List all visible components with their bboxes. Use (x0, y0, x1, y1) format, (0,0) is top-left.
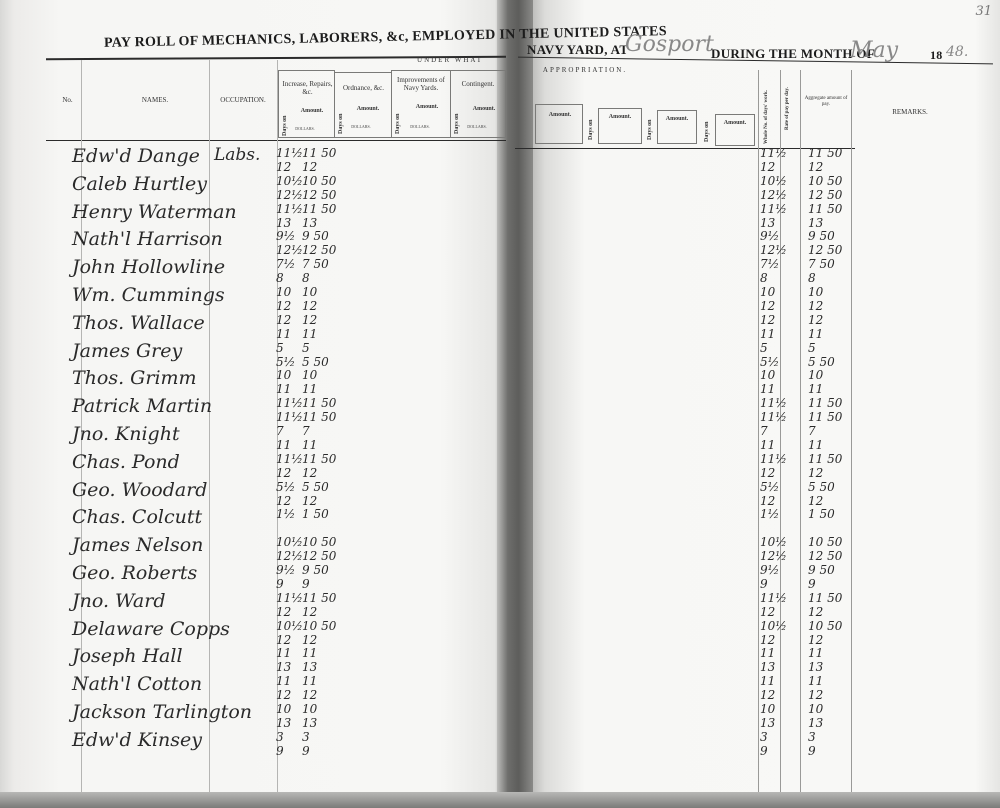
whole-days-entry: 10½ (760, 619, 787, 633)
whole-days-entry: 11 (760, 674, 775, 688)
amount-entry: 13 (302, 216, 317, 230)
amount-entry: 11 (302, 674, 317, 688)
days-entry: 12 (276, 633, 291, 647)
whole-days-entry: 12½ (760, 243, 787, 257)
divider (851, 70, 852, 800)
days-entry: 12 (276, 466, 291, 480)
days-entry: 12 (276, 299, 291, 313)
amount-label: Amount. (538, 112, 582, 119)
amount-label: Amount. (406, 104, 448, 111)
aggregate-entry: 10 50 (808, 535, 842, 549)
days-entry: 12½ (276, 549, 303, 563)
amount-entry: 12 (302, 160, 317, 174)
dollars-label: DOLLARS. (406, 124, 434, 129)
whole-days-entry: 13 (760, 660, 775, 674)
col-names: NAMES. (110, 96, 200, 104)
divider (758, 70, 759, 800)
under-what-label: UNDER WHAT (400, 56, 500, 64)
divider (209, 60, 210, 795)
aggregate-entry: 11 50 (808, 146, 842, 160)
days-entry: 3 (276, 730, 284, 744)
whole-days-entry: 12 (760, 633, 775, 647)
days-entry: 5½ (276, 480, 295, 494)
whole-days-entry: 7½ (760, 257, 779, 271)
amount-entry: 10 50 (302, 535, 336, 549)
days-entry: 9 (276, 744, 284, 758)
aggregate-entry: 5 50 (808, 355, 835, 369)
aggregate-entry: 12 50 (808, 243, 842, 257)
amount-entry: 11 (302, 646, 317, 660)
aggregate-entry: 13 (808, 216, 823, 230)
aggregate-entry: 12 (808, 299, 823, 313)
employee-name: Henry Waterman (72, 201, 237, 223)
aggregate-entry: 11 50 (808, 591, 842, 605)
aggregate-entry: 10 50 (808, 619, 842, 633)
aggregate-entry: 12 (808, 605, 823, 619)
amount-entry: 12 (302, 466, 317, 480)
employee-name: James Nelson (72, 534, 203, 556)
amount-entry: 13 (302, 716, 317, 730)
employee-name: Nath'l Harrison (72, 228, 223, 250)
days-entry: 13 (276, 716, 291, 730)
days-entry: 5½ (276, 355, 295, 369)
amount-entry: 11 50 (302, 410, 336, 424)
employee-name: John Hollowline (72, 256, 225, 278)
aggregate-entry: 12 (808, 313, 823, 327)
amount-label: Amount. (292, 108, 332, 115)
days-on-label: Days on (704, 121, 710, 142)
aggregate-entry: 11 50 (808, 452, 842, 466)
amount-label: Amount. (464, 106, 504, 113)
whole-days-entry: 12½ (760, 549, 787, 563)
days-entry: 1½ (276, 507, 295, 521)
amount-entry: 10 50 (302, 619, 336, 633)
amount-entry: 10 (302, 702, 317, 716)
amount-entry: 9 50 (302, 229, 329, 243)
days-entry: 11½ (276, 591, 303, 605)
rate-label: Rate of pay per day. (785, 87, 790, 130)
aggregate-entry: 12 (808, 466, 823, 480)
whole-days-entry: 11 (760, 382, 775, 396)
amount-entry: 12 (302, 688, 317, 702)
employee-name: Chas. Colcutt (72, 506, 202, 528)
employee-name: Edw'd Kinsey (72, 729, 202, 751)
employee-name: Delaware Copps (72, 618, 230, 640)
days-on-label: Days on (647, 119, 653, 140)
amount-entry: 7 50 (302, 257, 329, 271)
whole-days-entry: 9½ (760, 229, 779, 243)
days-entry: 10 (276, 702, 291, 716)
amount-entry: 5 (302, 341, 310, 355)
days-entry: 9½ (276, 563, 295, 577)
aggregate-entry: 11 (808, 646, 823, 660)
aggregate-entry: 13 (808, 716, 823, 730)
aggregate-entry: 10 50 (808, 174, 842, 188)
employee-name: Geo. Woodard (72, 479, 207, 501)
aggregate-entry: 9 50 (808, 229, 835, 243)
days-entry: 11 (276, 674, 291, 688)
amount-entry: 12 (302, 299, 317, 313)
whole-days-entry: 5½ (760, 480, 779, 494)
whole-days-entry: 10 (760, 285, 775, 299)
amount-entry: 11 50 (302, 452, 336, 466)
days-entry: 11 (276, 327, 291, 341)
amount-entry: 8 (302, 271, 310, 285)
employee-name: Wm. Cummings (72, 284, 225, 306)
whole-days-entry: 11 (760, 327, 775, 341)
whole-days-entry: 11 (760, 646, 775, 660)
whole-days-entry: 10 (760, 368, 775, 382)
days-entry: 11 (276, 438, 291, 452)
whole-days-entry: 10½ (760, 174, 787, 188)
whole-days-entry: 12 (760, 160, 775, 174)
days-entry: 12 (276, 160, 291, 174)
aggregate-entry: 11 50 (808, 410, 842, 424)
whole-days-entry: 13 (760, 216, 775, 230)
header-bottom-rule (46, 140, 506, 141)
days-entry: 10 (276, 368, 291, 382)
whole-days-entry: 11½ (760, 410, 787, 424)
aggregate-entry: 5 50 (808, 480, 835, 494)
aggregate-entry: 9 50 (808, 563, 835, 577)
aggregate-entry: 9 (808, 744, 816, 758)
ledger-scan: PAY ROLL OF MECHANICS, LABORERS, &c, EMP… (0, 0, 1000, 808)
amount-entry: 7 (302, 424, 310, 438)
whole-days-entry: 12 (760, 299, 775, 313)
whole-days-entry: 11 (760, 438, 775, 452)
page-bottom-edge (0, 792, 1000, 808)
employee-name: Caleb Hurtley (72, 173, 207, 195)
aggregate-entry: 12 50 (808, 549, 842, 563)
amount-entry: 12 50 (302, 188, 336, 202)
employee-name: James Grey (72, 340, 182, 362)
col-occupation: OCCUPATION. (212, 96, 274, 104)
amount-entry: 3 (302, 730, 310, 744)
whole-days-entry: 10½ (760, 535, 787, 549)
days-entry: 10½ (276, 174, 303, 188)
amount-entry: 12 (302, 313, 317, 327)
aggregate-entry: 10 (808, 702, 823, 716)
amount-label: Amount. (348, 106, 388, 113)
days-entry: 10½ (276, 619, 303, 633)
whole-days-entry: 9½ (760, 563, 779, 577)
title-navy-yard: NAVY YARD, AT (527, 42, 628, 58)
aggregate-entry: 11 (808, 382, 823, 396)
group-box (535, 104, 583, 144)
amount-label: Amount. (658, 116, 696, 123)
aggregate-entry: 13 (808, 660, 823, 674)
aggregate-entry: 11 (808, 438, 823, 452)
employee-name: Thos. Wallace (72, 312, 205, 334)
aggregate-label: Aggregate amount of pay. (803, 96, 849, 108)
whole-days-entry: 5½ (760, 355, 779, 369)
amount-entry: 11 50 (302, 202, 336, 216)
amount-entry: 11 (302, 438, 317, 452)
days-on-label: Days on (395, 113, 401, 134)
days-entry: 11½ (276, 146, 303, 160)
days-on-label: Days on (338, 113, 344, 134)
amount-entry: 9 (302, 744, 310, 758)
whole-days-entry: 7 (760, 424, 768, 438)
amount-entry: 11 50 (302, 396, 336, 410)
appropriation-label: APPROPRIATION. (540, 66, 630, 74)
days-entry: 10½ (276, 535, 303, 549)
amount-entry: 10 (302, 285, 317, 299)
whole-days-entry: 8 (760, 271, 768, 285)
amount-entry: 5 50 (302, 355, 329, 369)
whole-days-entry: 11½ (760, 396, 787, 410)
whole-days-label: Whole No. of days' work. (764, 90, 769, 144)
aggregate-entry: 5 (808, 341, 816, 355)
aggregate-entry: 8 (808, 271, 816, 285)
days-entry: 11½ (276, 202, 303, 216)
amount-entry: 5 50 (302, 480, 329, 494)
whole-days-entry: 9 (760, 744, 768, 758)
amount-label: Amount. (600, 114, 640, 121)
amount-entry: 12 (302, 633, 317, 647)
aggregate-entry: 12 (808, 688, 823, 702)
days-entry: 10 (276, 285, 291, 299)
employee-name: Chas. Pond (72, 451, 180, 473)
amount-entry: 13 (302, 660, 317, 674)
whole-days-entry: 11½ (760, 591, 787, 605)
dollars-label: DOLLARS. (464, 124, 490, 129)
occupation-entry: Labs. (214, 145, 260, 165)
whole-days-entry: 11½ (760, 452, 787, 466)
days-entry: 12 (276, 605, 291, 619)
whole-days-entry: 11½ (760, 146, 787, 160)
dollars-label: DOLLARS. (292, 126, 318, 131)
yard-name-handwritten: Gosport (625, 32, 714, 57)
days-entry: 12½ (276, 243, 303, 257)
aggregate-entry: 11 (808, 327, 823, 341)
amount-entry: 12 (302, 605, 317, 619)
days-entry: 9 (276, 577, 284, 591)
amount-entry: 1 50 (302, 507, 329, 521)
amount-entry: 9 50 (302, 563, 329, 577)
whole-days-entry: 3 (760, 730, 768, 744)
whole-days-entry: 12 (760, 466, 775, 480)
year-prefix: 18 (930, 48, 943, 63)
employee-name: Nath'l Cotton (72, 673, 202, 695)
days-entry: 12 (276, 494, 291, 508)
year-handwritten: 48. (946, 44, 968, 60)
amount-entry: 11 (302, 327, 317, 341)
aggregate-entry: 11 (808, 674, 823, 688)
employee-name: Jackson Tarlington (72, 701, 252, 723)
days-entry: 11 (276, 646, 291, 660)
whole-days-entry: 12 (760, 688, 775, 702)
amount-entry: 11 (302, 382, 317, 396)
aggregate-entry: 11 50 (808, 202, 842, 216)
divider (800, 70, 801, 800)
days-entry: 11½ (276, 396, 303, 410)
whole-days-entry: 10 (760, 702, 775, 716)
whole-days-entry: 11½ (760, 202, 787, 216)
employee-name: Joseph Hall (72, 645, 183, 667)
amount-entry: 10 50 (302, 174, 336, 188)
whole-days-entry: 9 (760, 577, 768, 591)
aggregate-entry: 3 (808, 730, 816, 744)
aggregate-entry: 7 50 (808, 257, 835, 271)
employee-name: Geo. Roberts (72, 562, 197, 584)
days-on-label: Days on (588, 119, 594, 140)
whole-days-entry: 12½ (760, 188, 787, 202)
amount-entry: 12 50 (302, 243, 336, 257)
amount-label: Amount. (716, 120, 754, 127)
whole-days-entry: 13 (760, 716, 775, 730)
remarks-label: REMARKS. (880, 108, 940, 116)
amount-entry: 11 50 (302, 591, 336, 605)
page-number: 31 (975, 4, 992, 19)
aggregate-entry: 9 (808, 577, 816, 591)
aggregate-entry: 10 (808, 368, 823, 382)
amount-entry: 12 (302, 494, 317, 508)
days-on-label: Days on (454, 113, 460, 134)
amount-entry: 10 (302, 368, 317, 382)
days-entry: 9½ (276, 229, 295, 243)
group-box (715, 114, 755, 146)
col-no: No. (55, 96, 80, 104)
whole-days-entry: 5 (760, 341, 768, 355)
days-on-label: Days on (282, 115, 288, 136)
days-entry: 5 (276, 341, 284, 355)
days-entry: 12½ (276, 188, 303, 202)
days-entry: 13 (276, 660, 291, 674)
employee-name: Thos. Grimm (72, 367, 197, 389)
days-entry: 7 (276, 424, 284, 438)
aggregate-entry: 12 (808, 633, 823, 647)
employee-name: Jno. Knight (72, 423, 180, 445)
aggregate-entry: 12 (808, 160, 823, 174)
days-entry: 13 (276, 216, 291, 230)
aggregate-entry: 7 (808, 424, 816, 438)
days-entry: 11½ (276, 410, 303, 424)
aggregate-entry: 12 50 (808, 188, 842, 202)
days-entry: 12 (276, 688, 291, 702)
amount-entry: 9 (302, 577, 310, 591)
whole-days-entry: 12 (760, 605, 775, 619)
days-entry: 12 (276, 313, 291, 327)
dollars-label: DOLLARS. (348, 124, 374, 129)
days-entry: 7½ (276, 257, 295, 271)
whole-days-entry: 12 (760, 494, 775, 508)
amount-entry: 11 50 (302, 146, 336, 160)
aggregate-entry: 1 50 (808, 507, 835, 521)
days-entry: 8 (276, 271, 284, 285)
whole-days-entry: 1½ (760, 507, 779, 521)
amount-entry: 12 50 (302, 549, 336, 563)
aggregate-entry: 12 (808, 494, 823, 508)
employee-name: Jno. Ward (72, 590, 166, 612)
employee-name: Edw'd Dange (72, 145, 200, 167)
whole-days-entry: 12 (760, 313, 775, 327)
header-bottom-rule-right (515, 148, 855, 149)
aggregate-entry: 11 50 (808, 396, 842, 410)
days-entry: 11½ (276, 452, 303, 466)
days-entry: 11 (276, 382, 291, 396)
aggregate-entry: 10 (808, 285, 823, 299)
employee-name: Patrick Martin (72, 395, 212, 417)
month-handwritten: May (850, 38, 898, 63)
